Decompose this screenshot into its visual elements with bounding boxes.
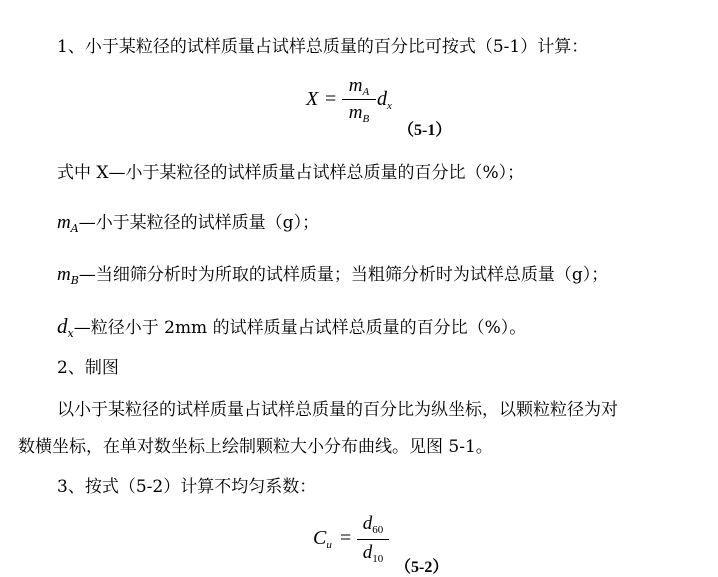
formula-2-numerator: d60 xyxy=(355,513,391,536)
item-2-number: 2、 xyxy=(57,358,85,378)
definition-x: 式中 X—小于某粒径的试样质量占试样总质量的百分比（%）； xyxy=(57,163,524,183)
formula-1-fraction-bar xyxy=(342,99,376,100)
item-1-text: 小于某粒径的试样质量占试样总质量的百分比可按式（5-1）计算： xyxy=(85,37,588,57)
definition-ma-symbol: m xyxy=(57,212,71,233)
formula-1-label: （5-1） xyxy=(398,117,451,140)
item-2-heading: 2、制图 xyxy=(57,358,119,378)
definition-ma: mA—小于某粒径的试样质量（g）； xyxy=(57,213,319,239)
item-1-number: 1、 xyxy=(57,37,85,57)
item-2-paragraph-line-1: 以小于某粒径的试样质量占试样总质量的百分比为纵坐标，以颗粒粒径为对 xyxy=(57,400,618,420)
item-3-number: 3、 xyxy=(57,477,85,497)
definition-dx-symbol: d xyxy=(57,314,68,338)
definition-mb-text: —当细筛分析时为所取的试样质量；当粗筛分析时为试样总质量（g）； xyxy=(79,265,608,285)
definition-mb-symbol: m xyxy=(57,264,71,285)
definition-ma-text: —小于某粒径的试样质量（g）； xyxy=(79,213,319,233)
formula-1-equals: = xyxy=(325,88,336,111)
formula-1-factor: dx xyxy=(377,88,392,112)
item-3-paragraph: 3、按式（5-2）计算不均匀系数： xyxy=(57,477,316,497)
item-2-paragraph-line-2: 数横坐标，在单对数坐标上绘制颗粒大小分布曲线。见图 5-1。 xyxy=(18,437,493,457)
definition-mb: mB—当细筛分析时为所取的试样质量；当粗筛分析时为试样总质量（g）； xyxy=(57,265,608,291)
formula-1-lhs: X xyxy=(306,88,318,111)
item-3-text: 按式（5-2）计算不均匀系数： xyxy=(85,477,316,497)
formula-2-lhs: Cu xyxy=(313,527,332,551)
definition-dx-text: —粒径小于 2mm 的试样质量占试样总质量的百分比（%）。 xyxy=(74,318,527,338)
formula-2-label: （5-2） xyxy=(395,554,448,577)
formula-2-fraction-bar xyxy=(357,539,389,540)
item-2-title: 制图 xyxy=(85,358,119,378)
formula-2-equals: = xyxy=(340,527,351,550)
definition-dx: dx—粒径小于 2mm 的试样质量占试样总质量的百分比（%）。 xyxy=(57,316,526,344)
item-1-paragraph: 1、小于某粒径的试样质量占试样总质量的百分比可按式（5-1）计算： xyxy=(57,37,588,57)
formula-2-denominator: d10 xyxy=(355,542,391,565)
formula-1-denominator: mB xyxy=(341,102,377,125)
formula-1-numerator: mA xyxy=(341,75,377,98)
